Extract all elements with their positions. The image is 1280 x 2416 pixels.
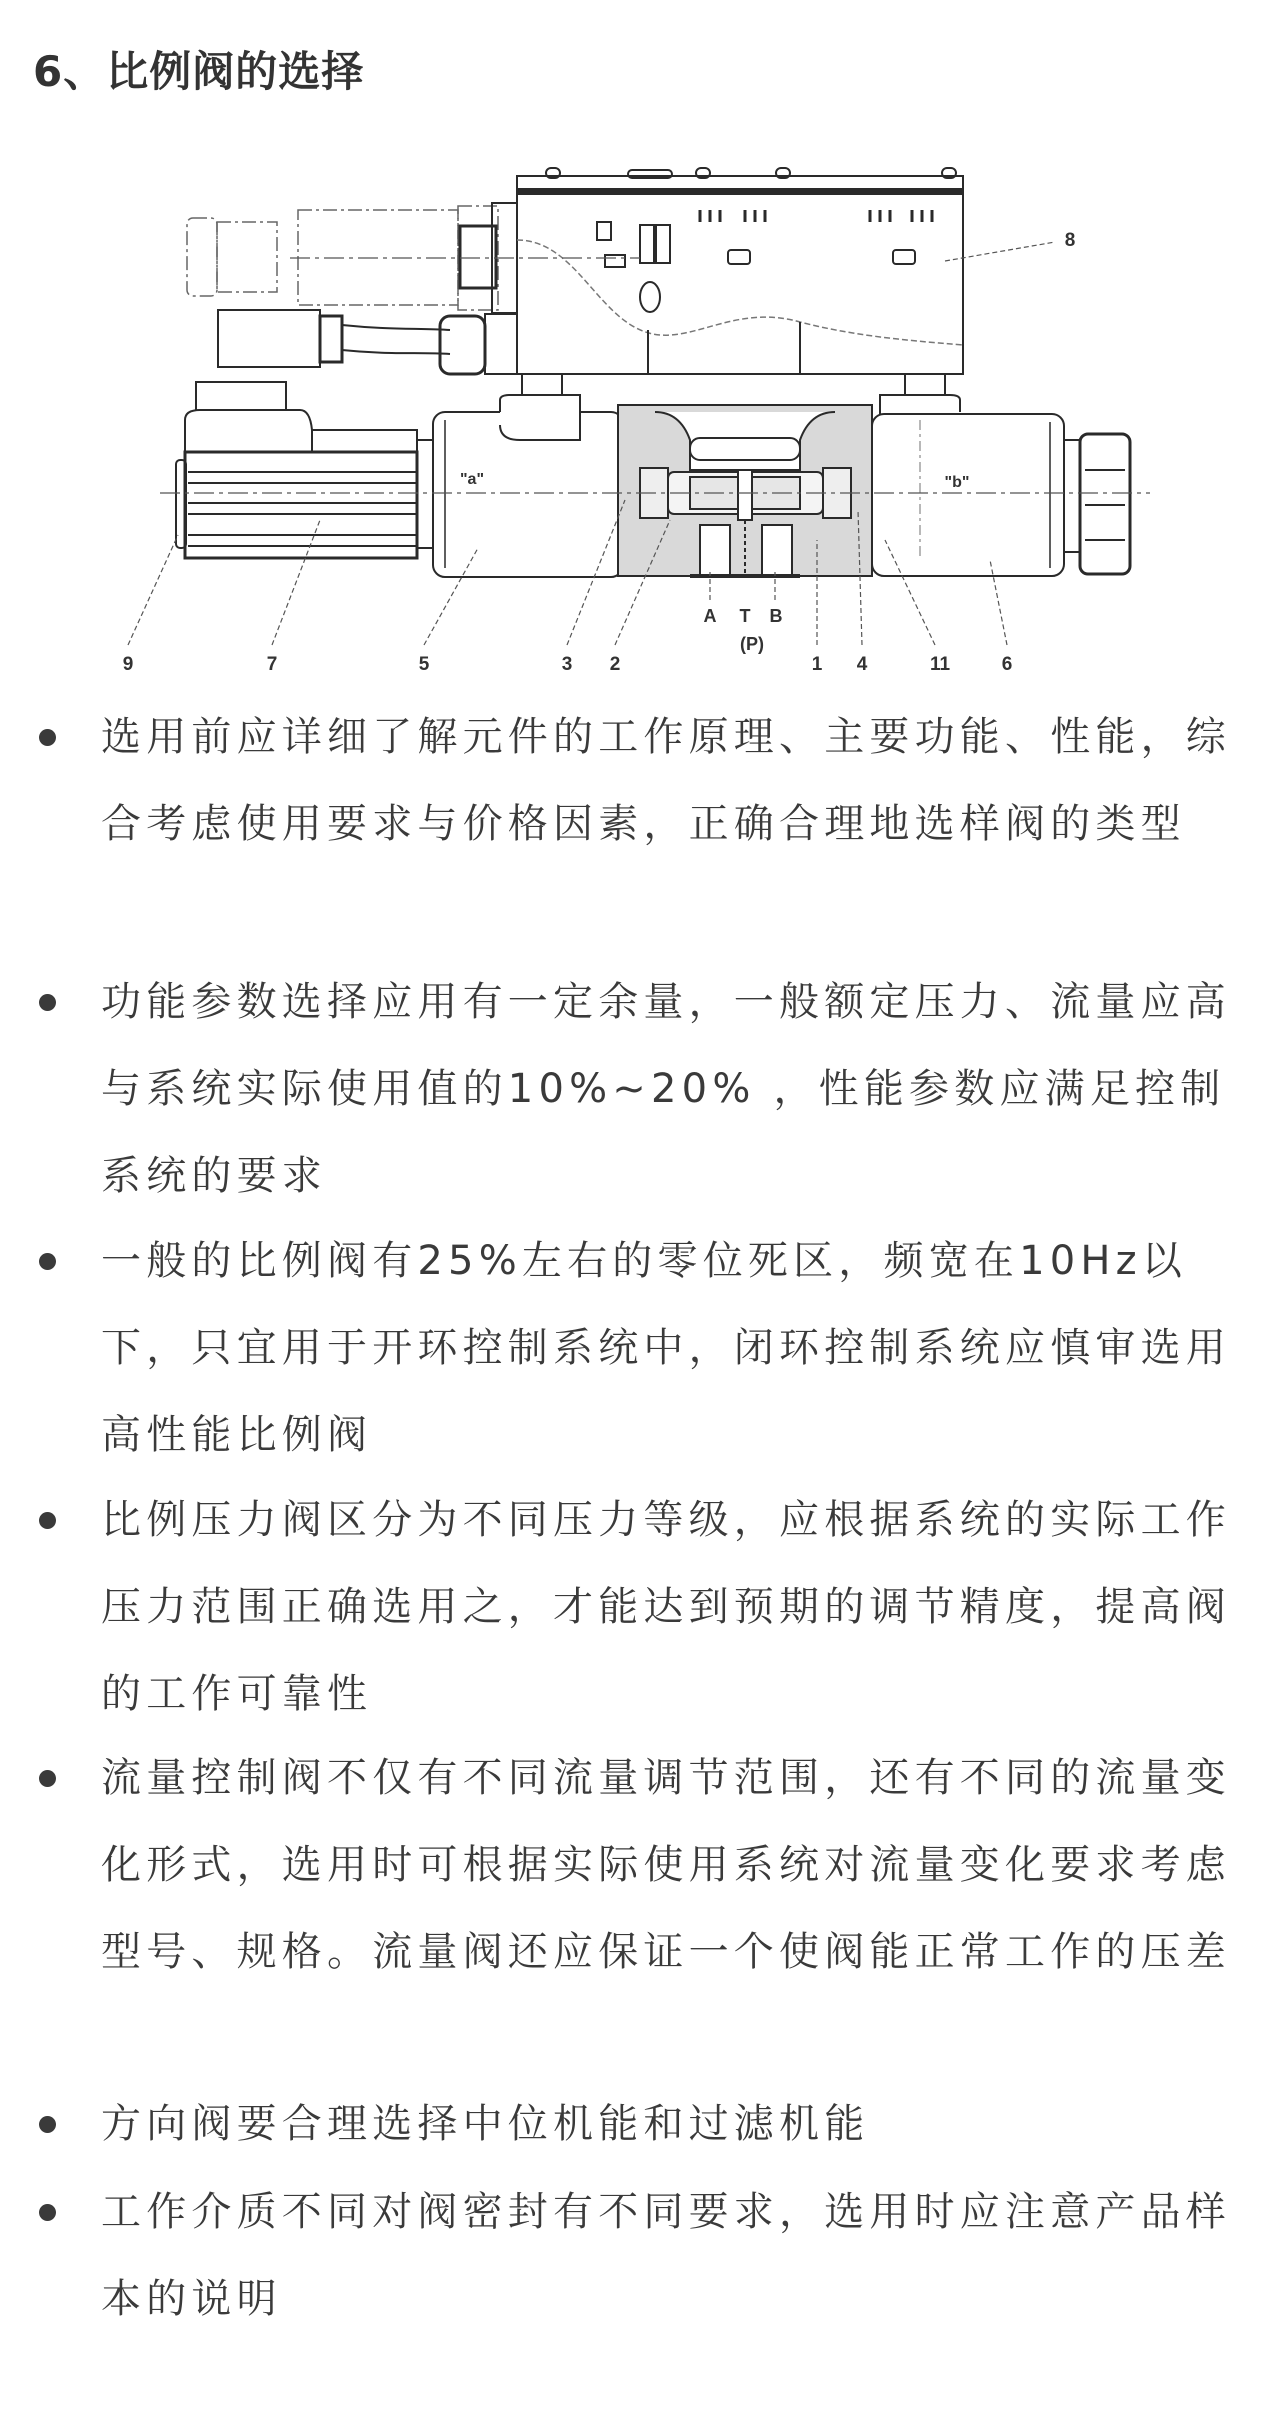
callout-1: 1 bbox=[812, 654, 823, 675]
bullet-dot-icon bbox=[39, 994, 56, 1011]
label-b: "b" bbox=[945, 474, 970, 491]
list-item-text: 一般的比例阀有25%左右的零位死区，频宽在10Hz以下，只宜用于开环控制系统中，… bbox=[101, 1218, 1251, 1479]
bullet-dot-icon bbox=[39, 1512, 56, 1529]
callout-4: 4 bbox=[857, 654, 868, 675]
valve-diagram: "a" "b" A T B (P) 9 7 5 3 2 1 4 11 6 8 bbox=[0, 140, 1280, 700]
solenoid-b bbox=[872, 414, 1130, 576]
callout-8: 8 bbox=[1065, 230, 1076, 251]
port-p-label: (P) bbox=[740, 634, 764, 654]
bullet-dot-icon bbox=[39, 2116, 56, 2133]
callout-5: 5 bbox=[419, 654, 430, 675]
list-item-text: 工作介质不同对阀密封有不同要求，选用时应注意产品样本的说明 bbox=[101, 2169, 1251, 2343]
module-7 bbox=[176, 382, 433, 558]
section-title: 6、比例阀的选择 bbox=[33, 44, 364, 100]
callout-11: 11 bbox=[930, 654, 951, 675]
port-t-label: T bbox=[740, 606, 751, 626]
bullet-dot-icon bbox=[39, 729, 56, 746]
list-item-text: 流量控制阀不仅有不同流量调节范围，还有不同的流量变化形式，选用时可根据实际使用系… bbox=[101, 1735, 1251, 1996]
callout-3: 3 bbox=[562, 654, 573, 675]
list-item-text: 选用前应详细了解元件的工作原理、主要功能、性能，综合考虑使用要求与价格因素，正确… bbox=[101, 694, 1251, 868]
label-a: "a" bbox=[460, 471, 484, 488]
callout-9: 9 bbox=[123, 654, 134, 675]
electronics-box bbox=[517, 168, 963, 374]
bullet-dot-icon bbox=[39, 1253, 56, 1270]
list-item-text: 功能参数选择应用有一定余量，一般额定压力、流量应高与系统实际使用值的10%~20… bbox=[101, 959, 1251, 1220]
callout-7: 7 bbox=[267, 654, 278, 675]
plug-connector bbox=[218, 310, 517, 374]
list-item-text: 比例压力阀区分为不同压力等级，应根据系统的实际工作压力范围正确选用之，才能达到预… bbox=[101, 1477, 1251, 1738]
valve-body bbox=[618, 405, 872, 576]
bullet-dot-icon bbox=[39, 1770, 56, 1787]
callout-6: 6 bbox=[1002, 654, 1013, 675]
list-item-text: 方向阀要合理选择中位机能和过滤机能 bbox=[101, 2081, 1251, 2168]
port-b-label: B bbox=[770, 606, 783, 626]
callout-2: 2 bbox=[610, 654, 621, 675]
bullet-dot-icon bbox=[39, 2204, 56, 2221]
port-a-label: A bbox=[704, 606, 717, 626]
